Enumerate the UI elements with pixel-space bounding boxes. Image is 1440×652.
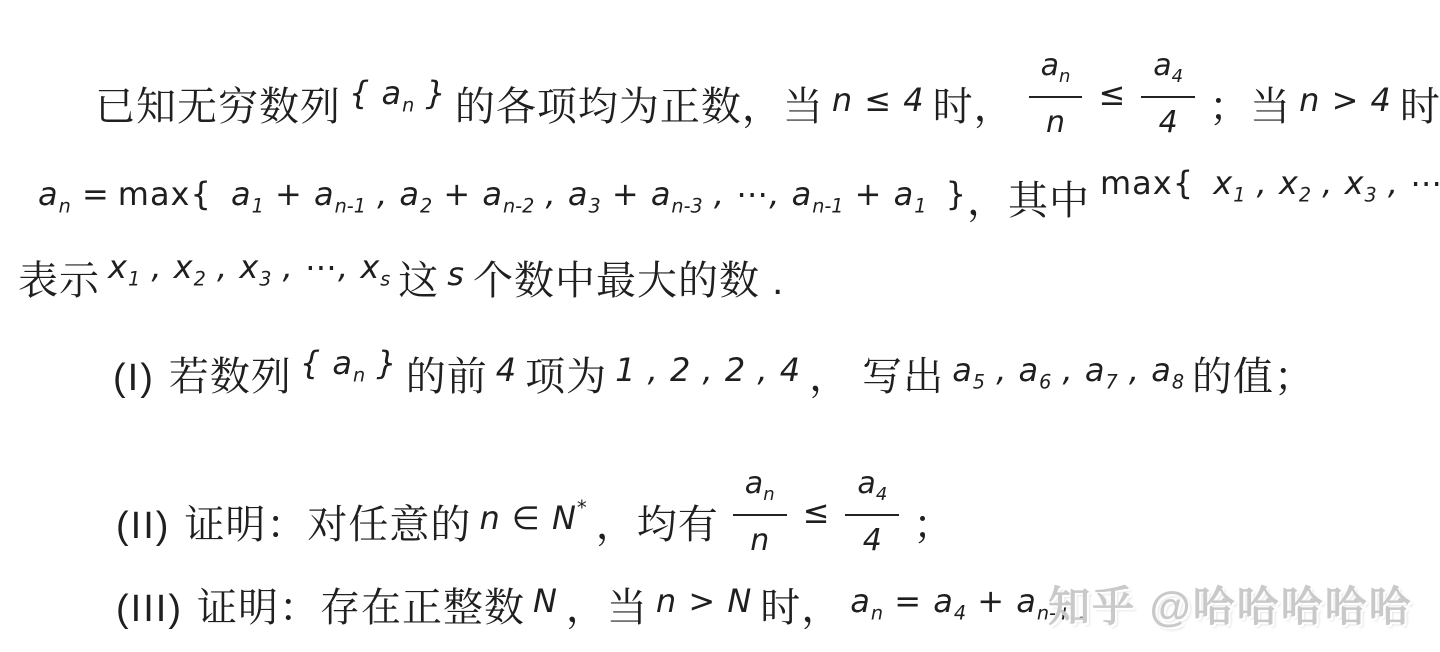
intro-text-3: 时， (933, 85, 1015, 129)
max-function-2: max{ (1100, 164, 1194, 202)
intro-text-5: 时， (1400, 85, 1440, 129)
part1-label: (I) (113, 357, 155, 399)
part3-formula: an = a4 + an-4 (850, 582, 1068, 620)
sequence-an-set: { an } (349, 74, 447, 112)
intro-text-2: 的各项均为正数，当 (455, 85, 824, 129)
right-brace: } (946, 175, 967, 213)
definition-text-3: 个数中最大的数 . (473, 259, 784, 303)
part3-N: N (533, 582, 558, 620)
max-set-definition: max{ x1 , x2 , x3 , ⋯, xs } (1100, 164, 1440, 206)
fraction-an-over-n: ann (1029, 46, 1083, 142)
part1-text-5: 的值； (1192, 355, 1315, 399)
max-set-args: x1 , x2 , x3 , ⋯, xs (1202, 164, 1440, 202)
condition-n-gt-4: n > 4 (1299, 81, 1392, 119)
part3-condition: n > N (656, 582, 752, 620)
recurrence-line: an =max{ a1 + an-1 , a2 + an-2 , a3 + an… (30, 164, 1440, 226)
s-variable: s (447, 255, 465, 293)
part2-text-1: 证明：对任意的 (184, 503, 471, 547)
math-problem-page: { "page": { "background": "#ffffff", "te… (0, 0, 1440, 652)
definition-line: 表示x1 , x2 , x3 , ⋯, xs这s个数中最大的数 . (18, 248, 784, 306)
fraction-inequality-2: ann≤a44 (733, 464, 899, 560)
part3-line: (III)证明：存在正整数N，当n > N时，an = a4 + an-4. (116, 576, 1088, 633)
fraction-a4-over-4-2: a44 (845, 464, 899, 560)
definition-text-2: 这 (398, 259, 439, 303)
recurrence-args: a1 + an-1 , a2 + an-2 , a3 + an-3 , ⋯, a… (220, 175, 938, 213)
part1-an-set: { an } (300, 344, 398, 382)
part1-text-3: 项为 (525, 355, 607, 399)
part1-text-4: ， 写出 (809, 355, 944, 399)
part1-line: (I)若数列{ an }的前4项为1 , 2 , 2 , 4， 写出a5 , a… (113, 344, 1315, 402)
part1-text-2: 的前 (406, 355, 488, 399)
part3-text-2: ，当 (566, 586, 648, 630)
recurrence-text-1: ，其中 (967, 179, 1090, 223)
problem-intro-line: 已知无穷数列{ an }的各项均为正数，当n ≤ 4时，ann≤a44；当n >… (95, 68, 1440, 164)
part1-four: 4 (496, 351, 517, 389)
part1-text-1: 若数列 (169, 355, 292, 399)
part2-line: (II)证明：对任意的n ∈ N*，均有ann≤a44； (116, 486, 954, 582)
part2-label: (II) (116, 505, 170, 547)
part1-values: 1 , 2 , 2 , 4 (615, 351, 801, 389)
intro-text-4: ；当 (1209, 85, 1291, 129)
leq-symbol: ≤ (1098, 75, 1125, 113)
fraction-inequality: ann≤a44 (1029, 46, 1195, 142)
intro-text-1: 已知无穷数列 (95, 85, 341, 129)
part3-label: (III) (116, 588, 183, 630)
definition-text-1: 表示 (18, 259, 100, 303)
max-function: max{ (118, 175, 212, 213)
condition-n-le-4: n ≤ 4 (832, 81, 925, 119)
fraction-a4-over-4: a44 (1141, 46, 1195, 142)
part2-condition: n ∈ N* (479, 499, 587, 537)
part1-terms: a5 , a6 , a7 , a8 (952, 351, 1184, 389)
part2-text-3: ； (913, 503, 954, 547)
part3-text-3: 时， (760, 586, 842, 630)
fraction-an-over-n-2: ann (733, 464, 787, 560)
zhihu-watermark: 知乎 @哈哈哈哈哈 (1048, 574, 1413, 634)
part2-text-2: ，均有 (596, 503, 719, 547)
definition-vars: x1 , x2 , x3 , ⋯, xs (108, 248, 390, 286)
part3-text-1: 证明：存在正整数 (197, 586, 525, 630)
leq-symbol-2: ≤ (803, 493, 830, 531)
recurrence-lhs: an = (38, 175, 110, 213)
